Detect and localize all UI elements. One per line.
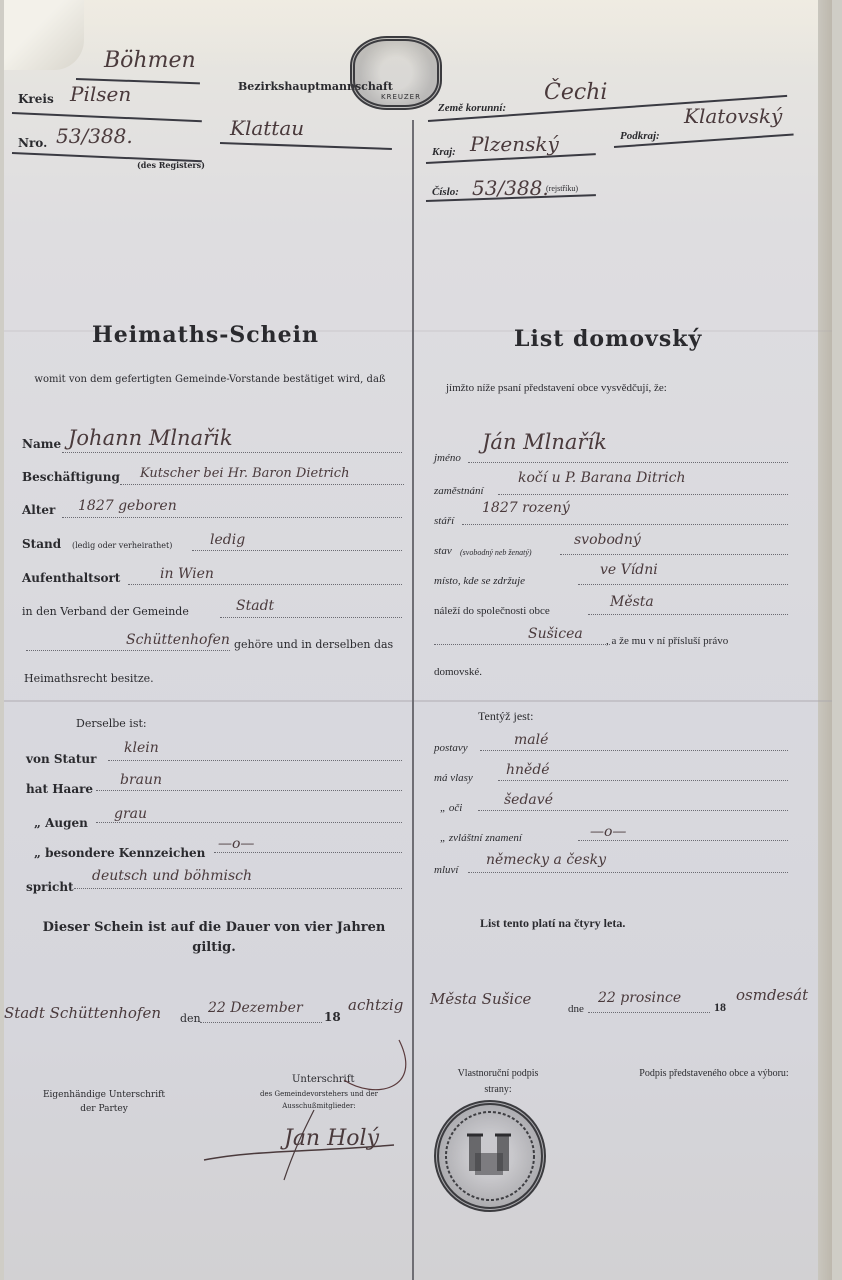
oci-label: „ oči (440, 802, 462, 814)
age-label: Alter (22, 503, 55, 517)
augen-value: grau (114, 806, 147, 822)
paper-right-edge (818, 0, 832, 1280)
german-year-value: achtzig (348, 996, 403, 1014)
cislo-label: Číslo: (432, 186, 459, 198)
vlasy-value: hnědé (506, 762, 550, 778)
kreis-label: Kreis (18, 92, 54, 106)
mluvi-value: německy a česky (486, 852, 606, 868)
underline (12, 152, 202, 162)
zamestnani-label: zaměstnání (434, 485, 484, 497)
verband-value: Stadt (236, 598, 274, 614)
postavy-label: postavy (434, 742, 468, 754)
stari-label: stáří (434, 515, 454, 527)
dne-label: dne (568, 1003, 584, 1015)
haare-value: braun (120, 772, 162, 788)
stav-label: stav (434, 545, 452, 557)
name-label: Name (22, 437, 61, 451)
stamp-text: KREUZER (381, 93, 421, 101)
tentyz-heading: Tentýž jest: (478, 709, 533, 724)
zeme-value: Čechi (544, 80, 607, 105)
castle-emblem-icon (439, 1105, 541, 1207)
horizontal-crease (4, 700, 832, 702)
statur-label: von Statur (26, 752, 96, 766)
den-label: den (180, 1012, 201, 1025)
nalezi-value: Města (610, 594, 654, 610)
podkraj-label: Podkraj: (620, 130, 660, 142)
german-place-value: Stadt Schüttenhofen (4, 1004, 161, 1022)
bezirk-value: Klattau (230, 116, 304, 140)
occupation-label: Beschäftigung (22, 470, 120, 484)
misto-value: ve Vídni (600, 562, 658, 578)
land-value: Böhmen (104, 48, 196, 73)
nalezi-label: náleží do společnosti obce (434, 605, 550, 617)
mluvi-label: mluví (434, 864, 458, 876)
status-sub: (ledig oder verheirathet) (72, 541, 172, 550)
gemeinde-name-value: Schüttenhofen (126, 632, 230, 648)
kraj-value: Plzenský (470, 132, 559, 156)
underline (12, 112, 202, 122)
jmeno-value: Ján Mlnařík (482, 430, 607, 454)
kennzeichen-label: „ besondere Kennzeichen (34, 846, 205, 860)
status-value: ledig (210, 532, 245, 548)
spricht-value: deutsch und böhmisch (92, 868, 252, 884)
czech-title: List domovský (514, 326, 702, 352)
german-validity: Dieser Schein ist auf die Dauer von vier… (34, 918, 394, 958)
augen-label: „ Augen (34, 816, 88, 830)
signature-flourish (194, 1030, 424, 1190)
statur-value: klein (124, 740, 159, 756)
occupation-value: Kutscher bei Hr. Baron Dietrich (140, 466, 349, 481)
derselbe-heading: Derselbe ist: (76, 717, 147, 730)
podkraj-value: Klatovský (684, 104, 782, 128)
status-label: Stand (22, 537, 61, 551)
oci-value: šedavé (504, 792, 553, 808)
residence-label: Aufenthaltsort (22, 571, 120, 585)
czech-party-signature-title-text: Vlastnoruční podpis (458, 1068, 539, 1079)
misto-label: místo, kde se zdržuje (434, 575, 525, 587)
czech-mayor-signature-label: Podpis představeného obce a výboru: (634, 1066, 794, 1082)
age-value: 1827 geboren (78, 498, 177, 514)
haare-label: hat Haare (26, 782, 93, 796)
vlasy-label: má vlasy (434, 772, 473, 784)
zeme-label: Země korunní: (438, 102, 506, 114)
verband-label: in den Verband der Gemeinde (22, 605, 189, 618)
german-date-value: 22 Dezember (208, 1000, 303, 1016)
spricht-label: spricht (26, 880, 74, 894)
jmeno-label: jméno (434, 452, 461, 464)
czech-date-value: 22 prosince (598, 990, 681, 1006)
czech-year-prefix: 18 (714, 1000, 726, 1015)
name-value: Johann Mlnařik (68, 426, 233, 450)
kraj-label: Kraj: (432, 146, 456, 158)
cislo-suffix: (rejstříku) (546, 184, 578, 193)
znameni-label: „ zvláštní znamení (440, 832, 522, 844)
municipal-seal-stamp (434, 1100, 546, 1212)
german-year-prefix: 18 (324, 1010, 341, 1024)
underline (220, 142, 392, 150)
obec-tail: , a že mu v ní přísluší právo (606, 635, 728, 647)
znameni-value: —o— (590, 824, 626, 840)
german-title: Heimaths-Schein (92, 322, 319, 348)
zamestnani-value: kočí u P. Barana Ditrich (518, 470, 685, 486)
nro-value: 53/388. (56, 124, 133, 148)
czech-intro: jímžto níže psaní představení obce vysvě… (446, 382, 667, 394)
obec-name-value: Sušicea (528, 626, 583, 642)
czech-party-signature-sub: strany: (484, 1084, 511, 1095)
czech-party-signature-title: Vlastnoruční podpis strany: (446, 1066, 550, 1098)
stav-value: svobodný (574, 532, 641, 548)
residence-value: in Wien (160, 566, 214, 582)
german-intro: womit von dem gefertigten Gemeinde-Vorst… (18, 368, 402, 392)
top-seal-stamp: KREUZER (350, 36, 442, 110)
czech-validity: List tento platí na čtyry leta. (480, 916, 625, 931)
nro-label: Nro. (18, 136, 47, 150)
postavy-value: malé (514, 732, 548, 748)
kennzeichen-value: —o— (218, 836, 254, 852)
domovske-text: domovské. (434, 666, 482, 678)
document-sheet: Böhmen Kreis Pilsen Nro. 53/388. (des Re… (4, 0, 832, 1280)
kreis-value: Pilsen (70, 82, 131, 106)
gemeinde-tail: gehöre und in derselben das (234, 638, 393, 651)
stari-value: 1827 rozený (482, 500, 570, 516)
czech-place-value: Města Sušice (430, 990, 531, 1008)
party-signature-label: Eigenhändige Unterschrift der Partey (34, 1088, 174, 1116)
czech-year-value: osmdesát (736, 986, 808, 1004)
heimatsrecht-text: Heimathsrecht besitze. (24, 672, 154, 685)
folded-corner (4, 0, 84, 70)
stav-sub: (svobodný neb ženatý) (460, 548, 532, 557)
